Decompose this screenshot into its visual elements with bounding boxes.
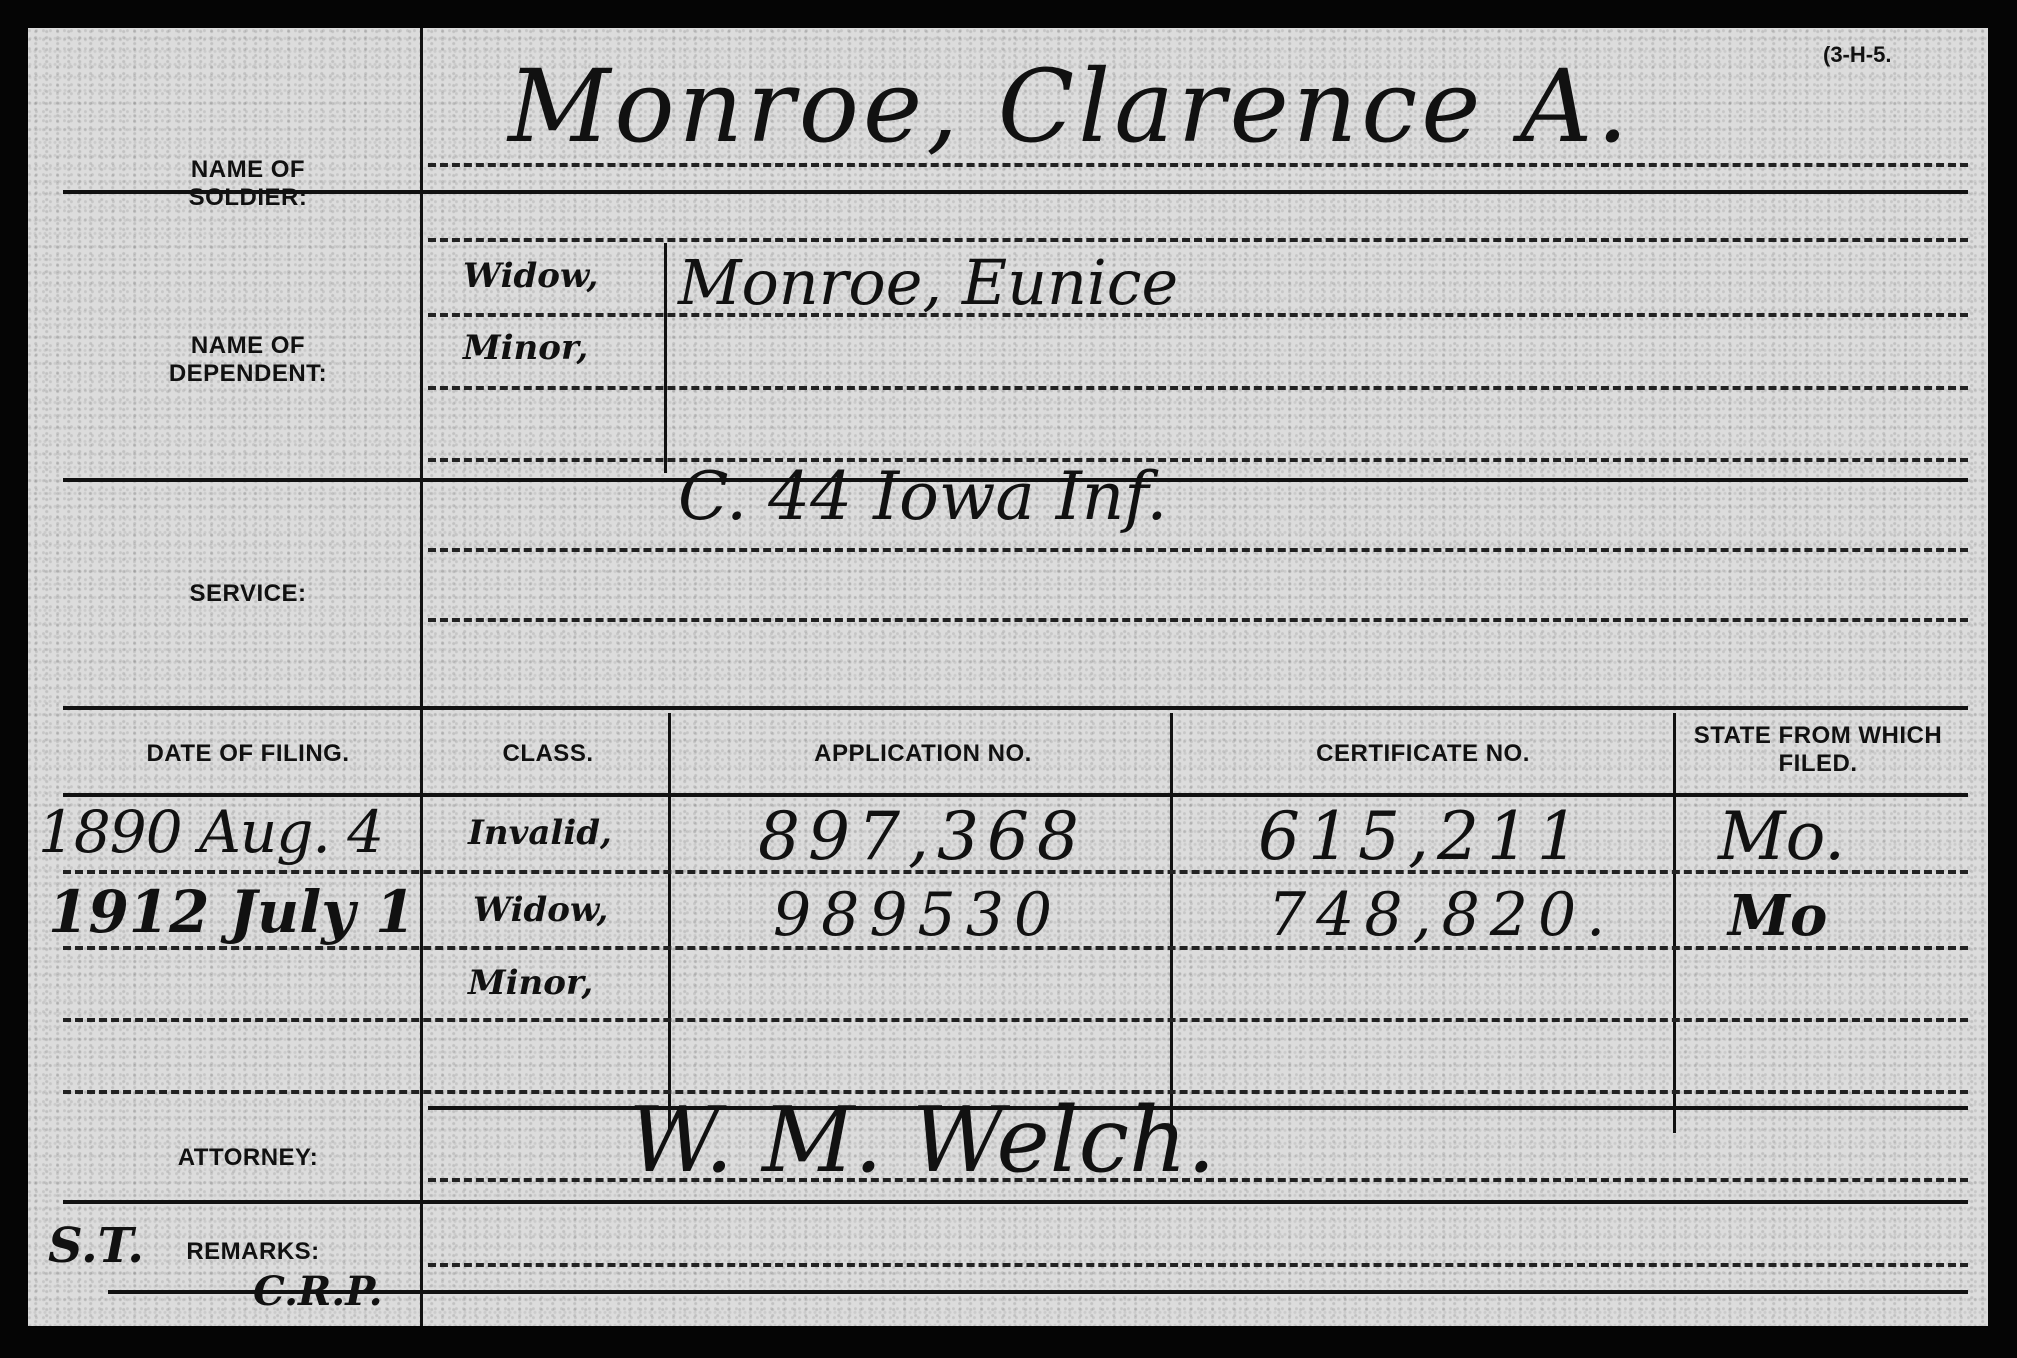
rule — [428, 1263, 1968, 1267]
header-certificate-no: CERTIFICATE NO. — [1178, 740, 1668, 768]
class-type-minor: Minor, — [468, 963, 593, 1003]
application-no-1: 897,368 — [758, 798, 1087, 875]
header-state-from-which-filed: STATE FROM WHICH FILED. — [1688, 722, 1948, 778]
rule — [428, 313, 1968, 317]
remarks-stamp: C.R.P. — [253, 1268, 383, 1315]
col-divider-state — [1673, 713, 1676, 1133]
section-divider-soldier — [63, 190, 1968, 194]
rule — [63, 1018, 1968, 1022]
class-type-invalid: Invalid, — [468, 813, 612, 853]
dependent-type-minor: Minor, — [463, 328, 588, 368]
remarks-margin-note: S.T. — [48, 1218, 144, 1274]
col-divider-certificate — [1170, 713, 1173, 1133]
service-entry: C. 44 Iowa Inf. — [678, 458, 1167, 535]
section-divider-attorney — [63, 1200, 1968, 1204]
state-1: Mo. — [1718, 798, 1845, 875]
rule — [428, 386, 1968, 390]
certificate-no-1: 615,211 — [1258, 798, 1587, 875]
certificate-no-2: 748,820. — [1268, 880, 1615, 950]
col-divider-application — [668, 713, 671, 1133]
form-code: (3-H-5. — [1823, 42, 1891, 68]
pension-index-card: (3-H-5. NAME OF SOLDIER: NAME OF DEPENDE… — [28, 28, 1988, 1326]
dependent-type-widow: Widow, — [463, 256, 598, 296]
rule — [428, 618, 1968, 622]
section-divider-service — [63, 706, 1968, 710]
label-name-of-dependent: NAME OF DEPENDENT: — [128, 332, 368, 388]
label-remarks: REMARKS: — [158, 1238, 348, 1266]
left-column-divider — [420, 28, 423, 1326]
dependent-name: Monroe, Eunice — [678, 246, 1178, 319]
soldier-name: Monroe, Clarence A. — [508, 48, 1632, 165]
label-name-of-soldier: NAME OF SOLDIER: — [178, 156, 318, 212]
header-date-of-filing: DATE OF FILING. — [88, 740, 408, 768]
rule — [428, 458, 1968, 462]
class-type-widow: Widow, — [473, 890, 608, 930]
filing-date-1: 1890 Aug. 4 — [38, 798, 383, 866]
filing-date-2: 1912 July 1 — [48, 878, 416, 946]
header-class: CLASS. — [428, 740, 668, 768]
rule — [428, 548, 1968, 552]
state-2: Mo — [1728, 883, 1827, 949]
label-attorney: ATTORNEY: — [128, 1144, 368, 1172]
header-application-no: APPLICATION NO. — [678, 740, 1168, 768]
application-no-2: 989530 — [773, 880, 1062, 950]
table-header-divider — [63, 793, 1968, 797]
dependent-divider — [664, 243, 667, 473]
remarks-line — [108, 1290, 1968, 1294]
label-service: SERVICE: — [148, 580, 348, 608]
attorney-name: W. M. Welch. — [628, 1088, 1216, 1193]
rule — [428, 238, 1968, 242]
